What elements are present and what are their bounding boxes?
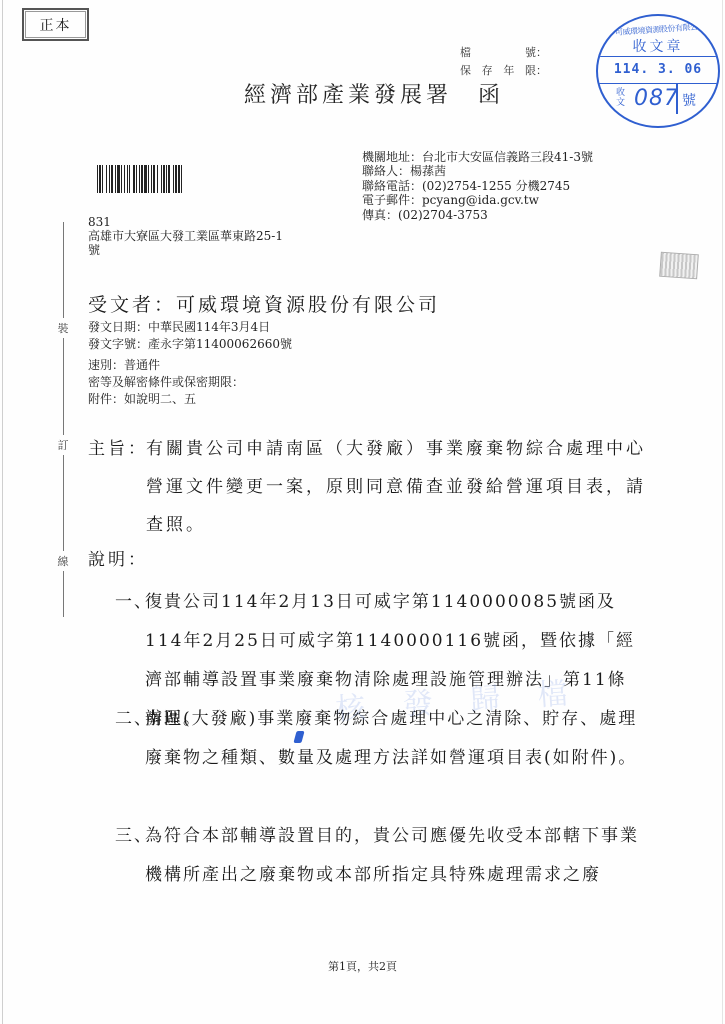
contact-block: 機關地址：台北市大安區信義路三段41-3號 聯絡人：楊蓀茜 聯絡電話：(02)2… (362, 150, 593, 222)
issue-date: 發文日期：中華民國114年3月4日 (88, 319, 270, 336)
document-page: 正本 檔號： 保存年限： 經濟部產業發展署函 可威環境資源股份有限公司 收文章 … (0, 0, 725, 1024)
contact-person: 聯絡人：楊蓀茜 (362, 164, 593, 178)
contact-fax: 傳真：(02)2704-3753 (362, 208, 593, 222)
agency-address: 機關地址：台北市大安區信義路三段41-3號 (362, 150, 593, 164)
subject-text: 有關貴公司申請南區（大發廠）事業廢棄物綜合處理中心營運文件變更一案，原則同意備查… (88, 430, 648, 544)
issuer-name: 經濟部產業發展署 (244, 83, 452, 108)
page-edge-right (722, 0, 723, 1024)
page-edge-left (2, 0, 3, 1024)
binding-mark-ding: 訂 (53, 435, 73, 455)
doc-type: 函 (478, 83, 504, 108)
seal-recv-label: 收文 (616, 88, 628, 108)
explanation-label: 說明： (88, 545, 148, 570)
item-number: 二、 (115, 700, 153, 739)
attachment-note: 附件：如說明二、五 (88, 391, 196, 408)
item-text: 為符合本部輔導設置目的，貴公司應優先收受本部轄下事業機構所產出之廢棄物或本部所指… (115, 817, 640, 895)
issue-number: 發文字號：產永字第11400062660號 (88, 336, 292, 353)
explanation-item-3: 三、 為符合本部輔導設置目的，貴公司應優先收受本部轄下事業機構所產出之廢棄物或本… (115, 817, 640, 895)
subject-label: 主旨： (88, 430, 148, 468)
file-number-label: 檔號 (460, 44, 536, 62)
item-number: 一、 (115, 583, 153, 622)
recipient-address: 831 高雄市大寮區大發工業區華東路25-1 號 (88, 215, 283, 257)
original-copy-label: 正本 (22, 8, 89, 41)
copy-type: 正本 (40, 15, 72, 35)
barcode (97, 165, 249, 193)
file-number-row: 檔號： (460, 44, 547, 62)
document-title: 經濟部產業發展署函 (244, 78, 504, 109)
confidentiality: 密等及解密條件或保密期限： (88, 374, 244, 391)
file-meta: 檔號： 保存年限： (460, 44, 547, 80)
subject-section: 主旨： 有關貴公司申請南區（大發廠）事業廢棄物綜合處理中心營運文件變更一案，原則… (88, 430, 648, 544)
address-line-1: 高雄市大寮區大發工業區華東路25-1 (88, 229, 283, 243)
contact-email: 電子郵件：pcyang@ida.gcv.tw (362, 193, 593, 207)
seal-divider (676, 84, 678, 114)
postal-code: 831 (88, 215, 283, 229)
page-number: 第1頁，共2頁 (0, 958, 725, 974)
attachment-chip-icon (659, 252, 699, 280)
delivery-speed: 速別：普通件 (88, 357, 160, 374)
seal-suffix: 號 (682, 90, 696, 110)
binding-mark-zhuang: 裝 (53, 318, 73, 338)
address-line-2: 號 (88, 243, 283, 257)
seal-date: 114. 3. 06 (598, 56, 718, 84)
item-number: 三、 (115, 817, 153, 856)
seal-recv-number: 087 (634, 86, 679, 111)
addressee: 受文者：可威環境資源股份有限公司 (88, 290, 440, 317)
contact-phone: 聯絡電話：(02)2754-1255 分機2745 (362, 179, 593, 193)
receipt-seal: 可威環境資源股份有限公司 收文章 114. 3. 06 收文 087 號 (596, 14, 720, 128)
seal-title: 收文章 (598, 36, 718, 56)
binding-mark-xian: 線 (53, 551, 73, 571)
